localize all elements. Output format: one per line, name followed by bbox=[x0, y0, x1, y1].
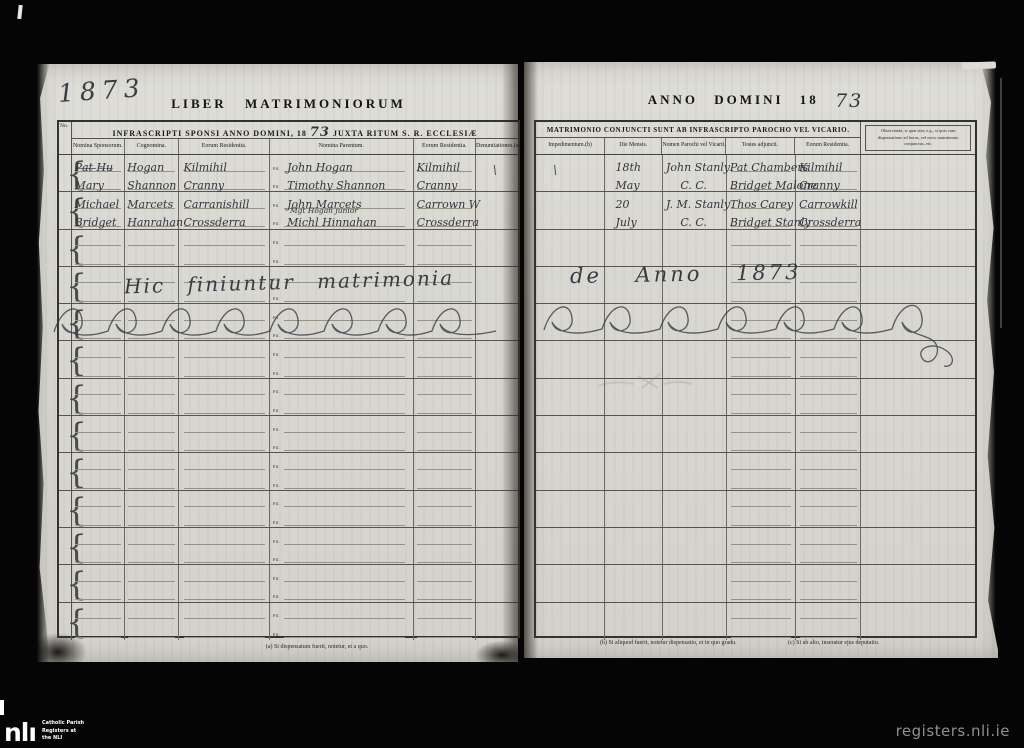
cell-surnames bbox=[125, 565, 179, 601]
cell-surnames: Marcets Hanrahan bbox=[125, 192, 179, 228]
cell-sponsors bbox=[72, 341, 125, 377]
cell-residence2 bbox=[414, 491, 476, 527]
cell-sponsors bbox=[72, 230, 125, 266]
cell-margin bbox=[861, 453, 975, 489]
cell-impediment bbox=[536, 528, 605, 564]
nli-badge: nlıCatholic ParishRegisters atthe NLI bbox=[4, 720, 84, 745]
cell-margin bbox=[861, 528, 975, 564]
row-number-cell: { bbox=[59, 379, 72, 415]
page-edge-line bbox=[1000, 78, 1002, 328]
cell-priest bbox=[663, 416, 727, 452]
table-row: { P̶a̶t̶ ̶H̶u̶ Mary Hogan Shannon Kilmih… bbox=[59, 155, 518, 192]
nli-badge-bar bbox=[0, 700, 4, 715]
cell-denunciations bbox=[476, 565, 518, 601]
marriage-table-left: No. INFRASCRIPTI SPONSI ANNO DOMINI, 18 … bbox=[57, 120, 520, 638]
cell-denunciations bbox=[476, 267, 518, 303]
cell-parents: Fil.John Marcets Mgt Hogan junior Fil.Mi… bbox=[270, 192, 414, 228]
cell-residence bbox=[796, 491, 861, 527]
table-row: { bbox=[59, 491, 518, 528]
cell-sponsors bbox=[72, 416, 125, 452]
row-number-cell: { bbox=[59, 192, 72, 228]
cell-surnames bbox=[125, 491, 179, 527]
row-number-cell: { bbox=[59, 230, 72, 266]
cell-residence1 bbox=[179, 230, 270, 266]
cell-parents: Fil. Fil. bbox=[270, 416, 414, 452]
cell-residence2 bbox=[414, 565, 476, 601]
cell-residence2 bbox=[414, 341, 476, 377]
table-row: { bbox=[59, 453, 518, 490]
cell-margin bbox=[861, 565, 975, 601]
col-header-residence: Eorum Residentia. bbox=[795, 138, 860, 154]
page-title: LIBER MATRIMONIORUM bbox=[57, 96, 520, 112]
cell-date bbox=[605, 491, 663, 527]
cell-surnames bbox=[125, 230, 179, 266]
cell-denunciations bbox=[476, 528, 518, 564]
cell-surnames bbox=[125, 341, 179, 377]
register-left-page: 1873 LIBER MATRIMONIORUM No. INFRASCRIPT… bbox=[36, 64, 518, 662]
cell-parents: Fil.John Hogan Fil.Timothy Shannon bbox=[270, 155, 414, 191]
nli-caption: Catholic ParishRegisters atthe NLI bbox=[42, 720, 84, 743]
col-header-impediment: Impedimentum.(b) bbox=[536, 138, 605, 154]
faint-smudge bbox=[594, 370, 714, 396]
cell-residence bbox=[796, 341, 861, 377]
cell-residence bbox=[796, 379, 861, 415]
cell-residence1 bbox=[179, 379, 270, 415]
film-edge-mark bbox=[17, 5, 22, 19]
right-table-body: \ 18th May John Stanly C. C. Pat Chamber… bbox=[536, 155, 975, 640]
cell-residence bbox=[796, 304, 861, 340]
watermark-url: registers.nli.ie bbox=[896, 722, 1010, 740]
cell-denunciations bbox=[476, 603, 518, 640]
cell-residence bbox=[796, 565, 861, 601]
row-number-cell: { bbox=[59, 603, 72, 640]
cell-impediment bbox=[536, 230, 605, 266]
cell-denunciations bbox=[476, 491, 518, 527]
row-number-cell: { bbox=[59, 341, 72, 377]
cell-date bbox=[605, 528, 663, 564]
cell-impediment bbox=[536, 416, 605, 452]
cell-priest bbox=[663, 491, 727, 527]
cell-date bbox=[605, 304, 663, 340]
row-number-cell: { bbox=[59, 528, 72, 564]
cell-surnames bbox=[125, 379, 179, 415]
cell-parents: Fil. Fil. bbox=[270, 528, 414, 564]
left-table-body: { P̶a̶t̶ ̶H̶u̶ Mary Hogan Shannon Kilmih… bbox=[59, 155, 518, 640]
column-headers: Impedimentum.(b) Die Mensis. Nomen Paroc… bbox=[536, 138, 860, 154]
row-number-cell: { bbox=[59, 155, 72, 191]
table-row bbox=[536, 528, 975, 565]
cell-witnesses bbox=[727, 528, 796, 564]
cell-witnesses bbox=[727, 453, 796, 489]
cell-sponsors bbox=[72, 267, 125, 303]
cell-residence: Kilmihil Cranny bbox=[796, 155, 861, 191]
cell-witnesses bbox=[727, 416, 796, 452]
table-row bbox=[536, 304, 975, 341]
cell-residence1 bbox=[179, 603, 270, 640]
cell-sponsors: Michael Bridget bbox=[72, 192, 125, 228]
closing-inscription: de Anno 1873 bbox=[570, 260, 802, 288]
cell-witnesses bbox=[727, 379, 796, 415]
scanned-register-page: { "left_page": { "year_annotation": "187… bbox=[0, 0, 1024, 748]
cell-sponsors bbox=[72, 379, 125, 415]
cell-priest: John Stanly C. C. bbox=[663, 155, 727, 191]
cell-denunciations bbox=[476, 304, 518, 340]
col-header-surnames: Cognomina. bbox=[125, 139, 179, 154]
table-row: { Michael Bridget Marcets Hanrahan Carra… bbox=[59, 192, 518, 229]
cell-residence2 bbox=[414, 453, 476, 489]
cell-impediment bbox=[536, 304, 605, 340]
cell-margin bbox=[861, 341, 975, 377]
cell-residence bbox=[796, 416, 861, 452]
cell-date bbox=[605, 565, 663, 601]
cell-impediment: \ bbox=[536, 155, 605, 191]
row-number-cell: { bbox=[59, 453, 72, 489]
table-banner: MATRIMONIO CONJUNCTI SUNT AB INFRASCRIPT… bbox=[536, 122, 860, 138]
table-row bbox=[536, 491, 975, 528]
table-row bbox=[536, 565, 975, 602]
cell-surnames bbox=[125, 416, 179, 452]
cell-parents: Fil. Fil. bbox=[270, 603, 414, 640]
cell-surnames bbox=[125, 304, 179, 340]
cell-sponsors: P̶a̶t̶ ̶H̶u̶ Mary bbox=[72, 155, 125, 191]
page-tear-blot bbox=[474, 640, 530, 670]
cell-margin bbox=[861, 603, 975, 640]
cell-margin bbox=[861, 192, 975, 228]
cell-sponsors bbox=[72, 453, 125, 489]
cell-residence2: Carrown W Crossderra bbox=[414, 192, 476, 228]
cell-witnesses bbox=[727, 341, 796, 377]
table-row: { bbox=[59, 528, 518, 565]
table-row bbox=[536, 416, 975, 453]
table-row bbox=[536, 603, 975, 640]
col-header-witnesses: Testes adjuncti. bbox=[726, 138, 795, 154]
col-header-denunciations: Denuntiationes.(a) bbox=[476, 139, 518, 154]
cell-priest bbox=[663, 453, 727, 489]
cell-priest bbox=[663, 565, 727, 601]
cell-parents: Fil. Fil. bbox=[270, 491, 414, 527]
cell-witnesses: Pat Chambers Bridget Malone bbox=[727, 155, 796, 191]
cell-impediment bbox=[536, 565, 605, 601]
footnote-b: (b) Si aliquod fuerit, notetur dispensat… bbox=[600, 640, 737, 646]
cell-residence2 bbox=[414, 416, 476, 452]
table-row: 20 July J. M. Stanly C. C. Thos Carey Br… bbox=[536, 192, 975, 229]
cell-parents: Fil. Fil. bbox=[270, 341, 414, 377]
footnote-a: (a) Si dispensatum fuerit, notetur, et a… bbox=[156, 644, 478, 650]
cell-witnesses bbox=[727, 565, 796, 601]
cell-residence1: Carranishill Crossderra bbox=[179, 192, 270, 228]
cell-sponsors bbox=[72, 491, 125, 527]
row-number-cell: { bbox=[59, 267, 72, 303]
cell-surnames bbox=[125, 453, 179, 489]
cell-parents: Fil. Fil. bbox=[270, 379, 414, 415]
cell-residence2: Kilmihil Cranny bbox=[414, 155, 476, 191]
cell-date bbox=[605, 453, 663, 489]
nli-logo: nlı bbox=[4, 723, 36, 743]
cell-residence1 bbox=[179, 565, 270, 601]
table-row: { bbox=[59, 304, 518, 341]
cell-date bbox=[605, 230, 663, 266]
cell-denunciations bbox=[476, 416, 518, 452]
table-row: { bbox=[59, 230, 518, 267]
cell-denunciations bbox=[476, 341, 518, 377]
cell-sponsors bbox=[72, 528, 125, 564]
cell-margin bbox=[861, 267, 975, 303]
cell-residence bbox=[796, 603, 861, 640]
table-row: { bbox=[59, 341, 518, 378]
cell-parents: Fil. Fil. bbox=[270, 230, 414, 266]
table-row: { bbox=[59, 603, 518, 640]
footnote-c: (c) Si ab alio, inseratur ejus deputatio… bbox=[788, 640, 879, 646]
cell-impediment bbox=[536, 453, 605, 489]
cell-residence2 bbox=[414, 230, 476, 266]
cell-margin bbox=[861, 379, 975, 415]
cell-residence2 bbox=[414, 603, 476, 640]
table-subtitle: INFRASCRIPTI SPONSI ANNO DOMINI, 18 73 J… bbox=[72, 122, 518, 139]
col-header-residence2: Eorum Residentia. bbox=[414, 139, 476, 154]
cell-witnesses: Thos Carey Bridget Stanly bbox=[727, 192, 796, 228]
cell-residence1 bbox=[179, 491, 270, 527]
cell-margin bbox=[861, 304, 975, 340]
cell-parents: Fil. Fil. bbox=[270, 453, 414, 489]
observanda-box: Observanda, si quæ sint; e.g., si quis c… bbox=[861, 122, 975, 154]
cell-residence bbox=[796, 453, 861, 489]
cell-residence bbox=[796, 267, 861, 303]
page-title: ANNO DOMINI 18 73 bbox=[534, 90, 977, 112]
cell-impediment bbox=[536, 192, 605, 228]
page-edge-curl bbox=[962, 61, 996, 69]
cell-witnesses bbox=[727, 603, 796, 640]
cell-parents: Fil. Fil. bbox=[270, 304, 414, 340]
table-row bbox=[536, 453, 975, 490]
cell-margin bbox=[861, 491, 975, 527]
cell-denunciations bbox=[476, 453, 518, 489]
cell-priest bbox=[663, 603, 727, 640]
cell-sponsors bbox=[72, 603, 125, 640]
cell-date: 20 July bbox=[605, 192, 663, 228]
cell-residence bbox=[796, 230, 861, 266]
cell-residence1 bbox=[179, 304, 270, 340]
row-number-cell: { bbox=[59, 565, 72, 601]
col-header-parents: Nomina Parentum. bbox=[270, 139, 414, 154]
col-header-residence1: Eorum Residentia. bbox=[179, 139, 270, 154]
table-row: { bbox=[59, 416, 518, 453]
cell-parents: Fil. Fil. bbox=[270, 565, 414, 601]
cell-residence bbox=[796, 528, 861, 564]
cell-denunciations: \ bbox=[476, 155, 518, 191]
handwritten-year-digits: 73 bbox=[835, 90, 863, 112]
table-row: { bbox=[59, 565, 518, 602]
col-header-sponsors: Nomina Sponsorum. bbox=[72, 139, 125, 154]
cell-date bbox=[605, 603, 663, 640]
column-headers: Nomina Sponsorum. Cognomina. Eorum Resid… bbox=[72, 139, 518, 154]
cell-sponsors bbox=[72, 565, 125, 601]
cell-denunciations bbox=[476, 379, 518, 415]
cell-priest bbox=[663, 304, 727, 340]
cell-witnesses bbox=[727, 491, 796, 527]
cell-sponsors bbox=[72, 304, 125, 340]
cell-margin bbox=[861, 230, 975, 266]
cell-date: 18th May bbox=[605, 155, 663, 191]
cell-denunciations bbox=[476, 230, 518, 266]
cell-surnames bbox=[125, 528, 179, 564]
cell-priest bbox=[663, 528, 727, 564]
cell-margin bbox=[861, 416, 975, 452]
cell-denunciations bbox=[476, 192, 518, 228]
cell-date bbox=[605, 416, 663, 452]
col-header-priest: Nomen Parochi vel Vicarii.(c) bbox=[662, 138, 726, 154]
cell-surnames bbox=[125, 603, 179, 640]
cell-impediment bbox=[536, 491, 605, 527]
row-number-cell: { bbox=[59, 304, 72, 340]
cell-impediment bbox=[536, 603, 605, 640]
col-header-date: Die Mensis. bbox=[605, 138, 662, 154]
table-header: No. INFRASCRIPTI SPONSI ANNO DOMINI, 18 … bbox=[59, 122, 518, 155]
register-right-page: ANNO DOMINI 18 73 MATRIMONIO CONJUNCTI S… bbox=[524, 62, 998, 658]
cell-residence2 bbox=[414, 304, 476, 340]
cell-residence2 bbox=[414, 528, 476, 564]
cell-residence1 bbox=[179, 341, 270, 377]
cell-priest: J. M. Stanly C. C. bbox=[663, 192, 727, 228]
handwritten-year-digits: 73 bbox=[310, 125, 330, 140]
cell-residence1 bbox=[179, 416, 270, 452]
cell-witnesses bbox=[727, 304, 796, 340]
cell-surnames: Hogan Shannon bbox=[125, 155, 179, 191]
cell-residence: Carrowkill Crossderra bbox=[796, 192, 861, 228]
cell-residence1 bbox=[179, 528, 270, 564]
table-header: MATRIMONIO CONJUNCTI SUNT AB INFRASCRIPT… bbox=[536, 122, 975, 155]
no-column-header: No. bbox=[59, 122, 72, 154]
cell-residence1 bbox=[179, 453, 270, 489]
cell-residence1: Kilmihil Cranny bbox=[179, 155, 270, 191]
table-row: \ 18th May John Stanly C. C. Pat Chamber… bbox=[536, 155, 975, 192]
row-number-cell: { bbox=[59, 491, 72, 527]
cell-residence2 bbox=[414, 379, 476, 415]
table-row: { bbox=[59, 379, 518, 416]
row-number-cell: { bbox=[59, 416, 72, 452]
cell-margin bbox=[861, 155, 975, 191]
